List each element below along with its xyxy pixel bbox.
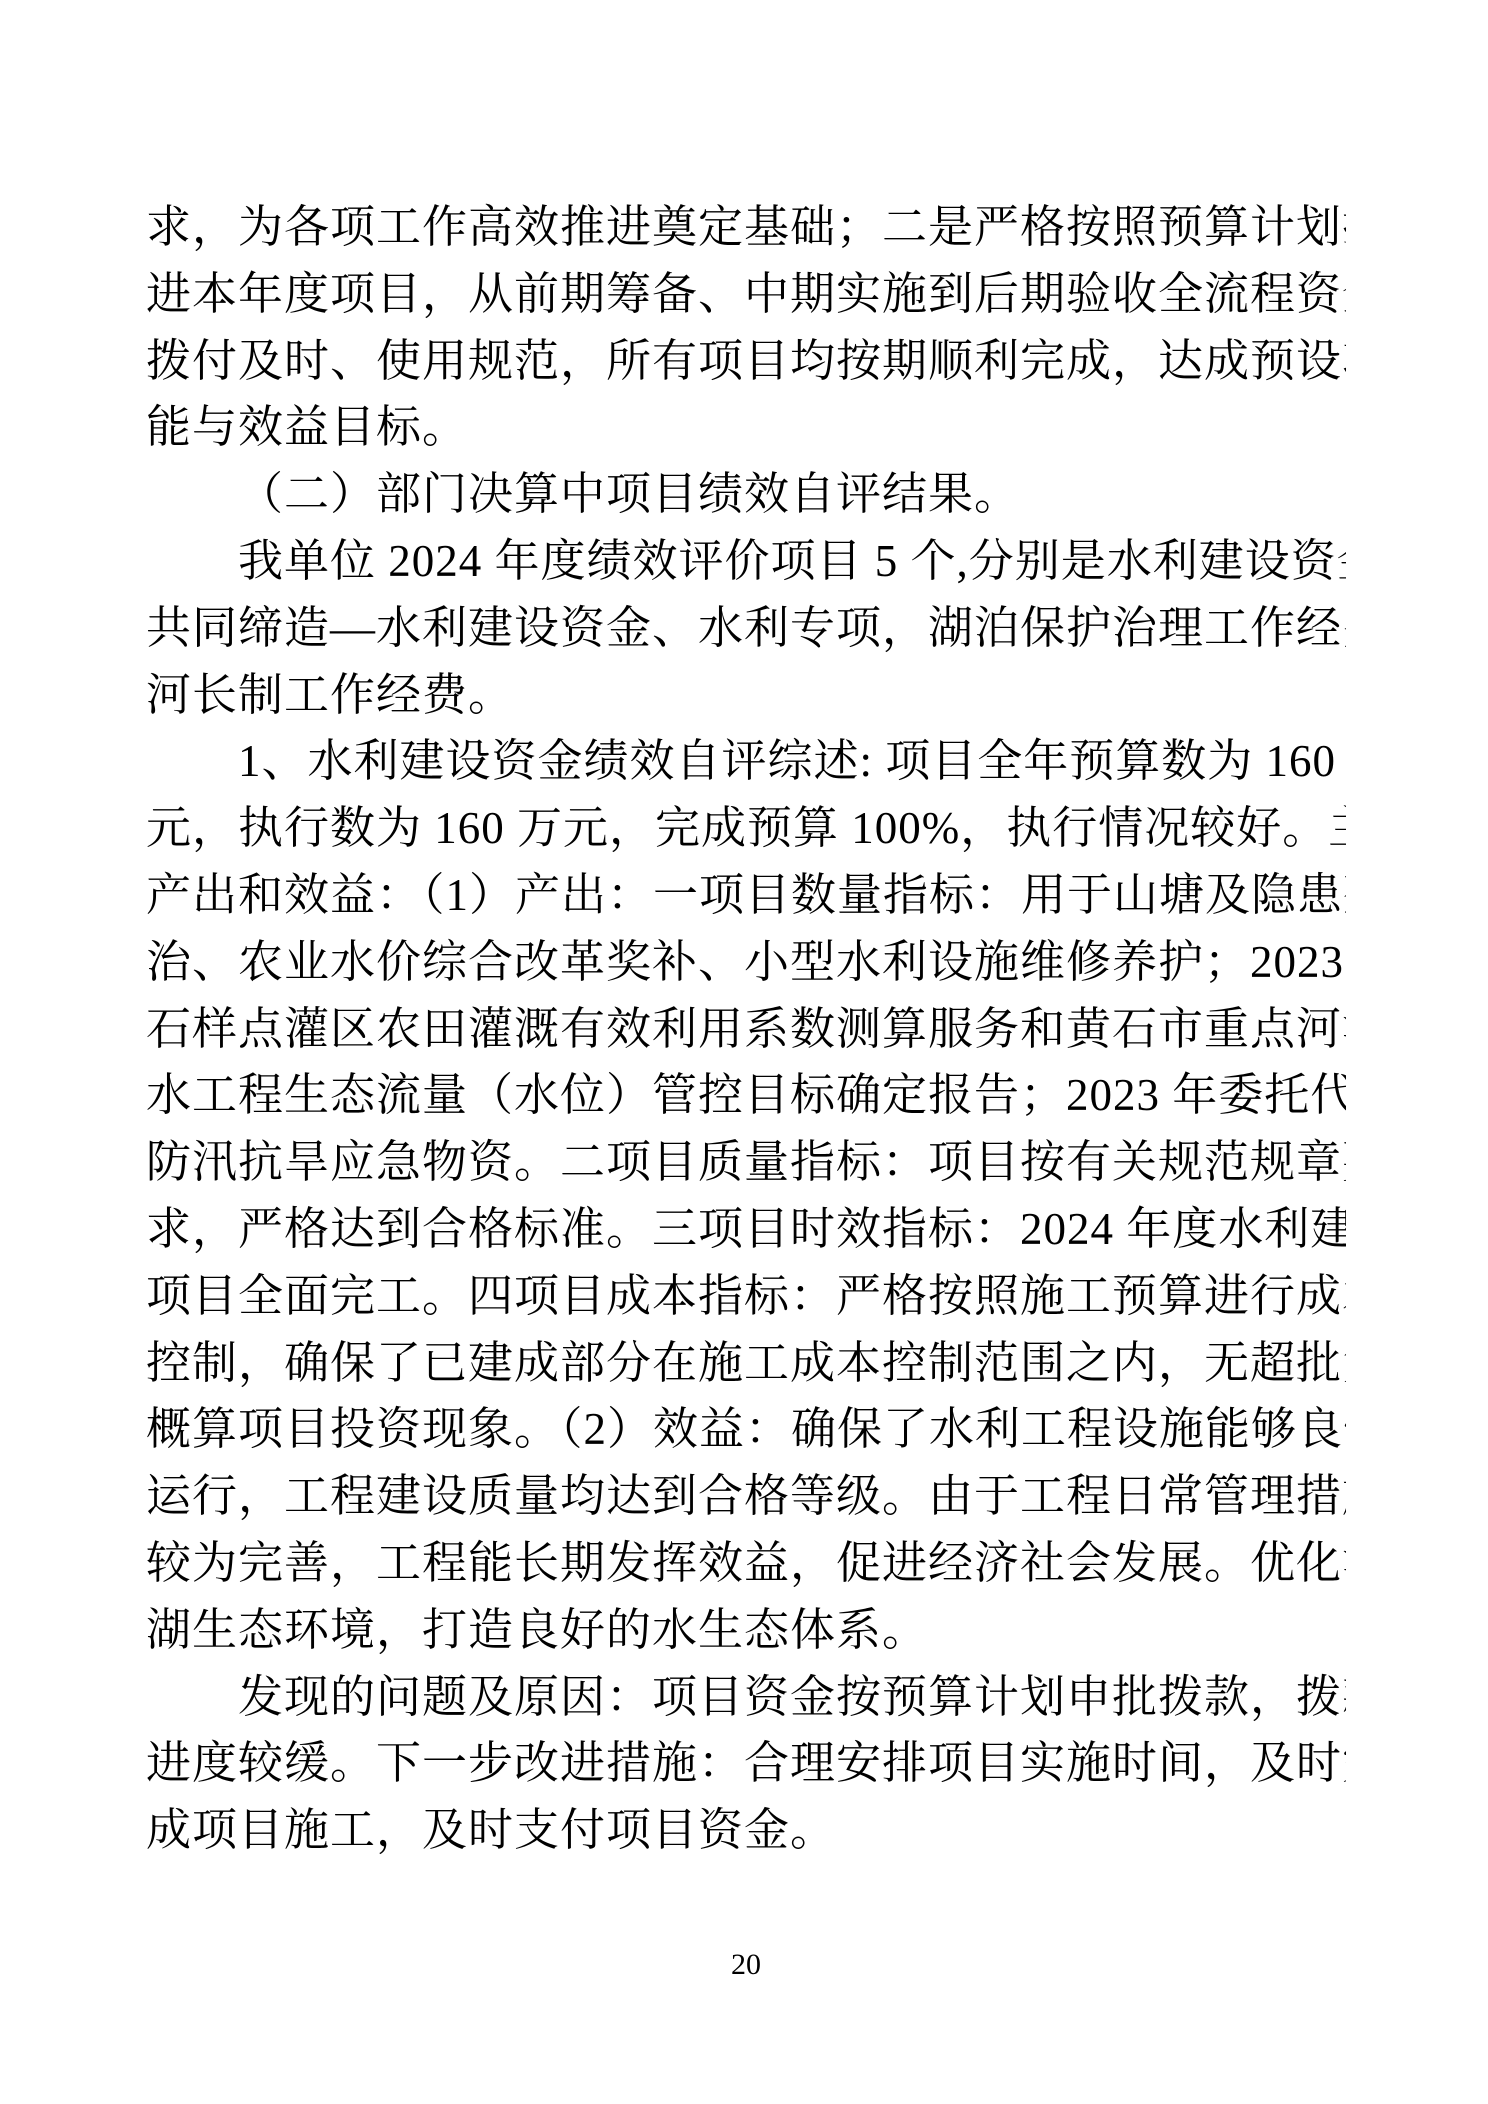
text-line: 河长制工作经费。 — [146, 662, 1346, 729]
text-line: 成项目施工，及时支付项目资金。 — [146, 1797, 1346, 1864]
text-line: 产出和效益：（1）产出：一项目数量指标：用于山塘及隐患整 — [146, 862, 1346, 929]
text-line: 发现的问题及原因：项目资金按预算计划申批拨款，拨款 — [146, 1664, 1346, 1731]
document-page: 求，为各项工作高效推进奠定基础；二是严格按照预算计划推 进本年度项目，从前期筹备… — [0, 0, 1488, 2104]
text-line: 控制，确保了已建成部分在施工成本控制范围之内，无超批复 — [146, 1330, 1346, 1397]
text-line: 防汛抗旱应急物资。二项目质量指标：项目按有关规范规章要 — [146, 1129, 1346, 1196]
text-line: 求，严格达到合格标准。三项目时效指标：2024 年度水利建设 — [146, 1196, 1346, 1263]
text-line: 拨付及时、使用规范，所有项目均按期顺利完成，达成预设功 — [146, 328, 1346, 395]
text-line: 元，执行数为 160 万元，完成预算 100%，执行情况较好。主要 — [146, 795, 1346, 862]
page-body: 求，为各项工作高效推进奠定基础；二是严格按照预算计划推 进本年度项目，从前期筹备… — [146, 194, 1346, 1864]
text-line: 概算项目投资现象。（2）效益：确保了水利工程设施能够良性 — [146, 1396, 1346, 1463]
text-line: 较为完善，工程能长期发挥效益，促进经济社会发展。优化河 — [146, 1530, 1346, 1597]
text-line: 项目全面完工。四项目成本指标：严格按照施工预算进行成本 — [146, 1263, 1346, 1330]
text-line: 求，为各项工作高效推进奠定基础；二是严格按照预算计划推 — [146, 194, 1346, 261]
text-line: 共同缔造—水利建设资金、水利专项，湖泊保护治理工作经费、 — [146, 595, 1346, 662]
page-number: 20 — [146, 1948, 1346, 1982]
section-heading: （二）部门决算中项目绩效自评结果。 — [146, 461, 1346, 528]
text-line: 能与效益目标。 — [146, 394, 1346, 461]
text-line: 运行，工程建设质量均达到合格等级。由于工程日常管理措施 — [146, 1463, 1346, 1530]
text-line: 进度较缓。下一步改进措施：合理安排项目实施时间，及时完 — [146, 1730, 1346, 1797]
text-line: 治、农业水价综合改革奖补、小型水利设施维修养护；2023 黄 — [146, 929, 1346, 996]
text-line: 水工程生态流量（水位）管控目标确定报告；2023 年委托代储 — [146, 1062, 1346, 1129]
text-line: 进本年度项目，从前期筹备、中期实施到后期验收全流程资金 — [146, 261, 1346, 328]
text-line: 我单位 2024 年度绩效评价项目 5 个,分别是水利建设资金、 — [146, 528, 1346, 595]
text-line: 石样点灌区农田灌溉有效利用系数测算服务和黄石市重点河湖 — [146, 996, 1346, 1063]
text-line: 湖生态环境，打造良好的水生态体系。 — [146, 1597, 1346, 1664]
text-line: 1、水利建设资金绩效自评综述: 项目全年预算数为 160 万 — [146, 728, 1346, 795]
